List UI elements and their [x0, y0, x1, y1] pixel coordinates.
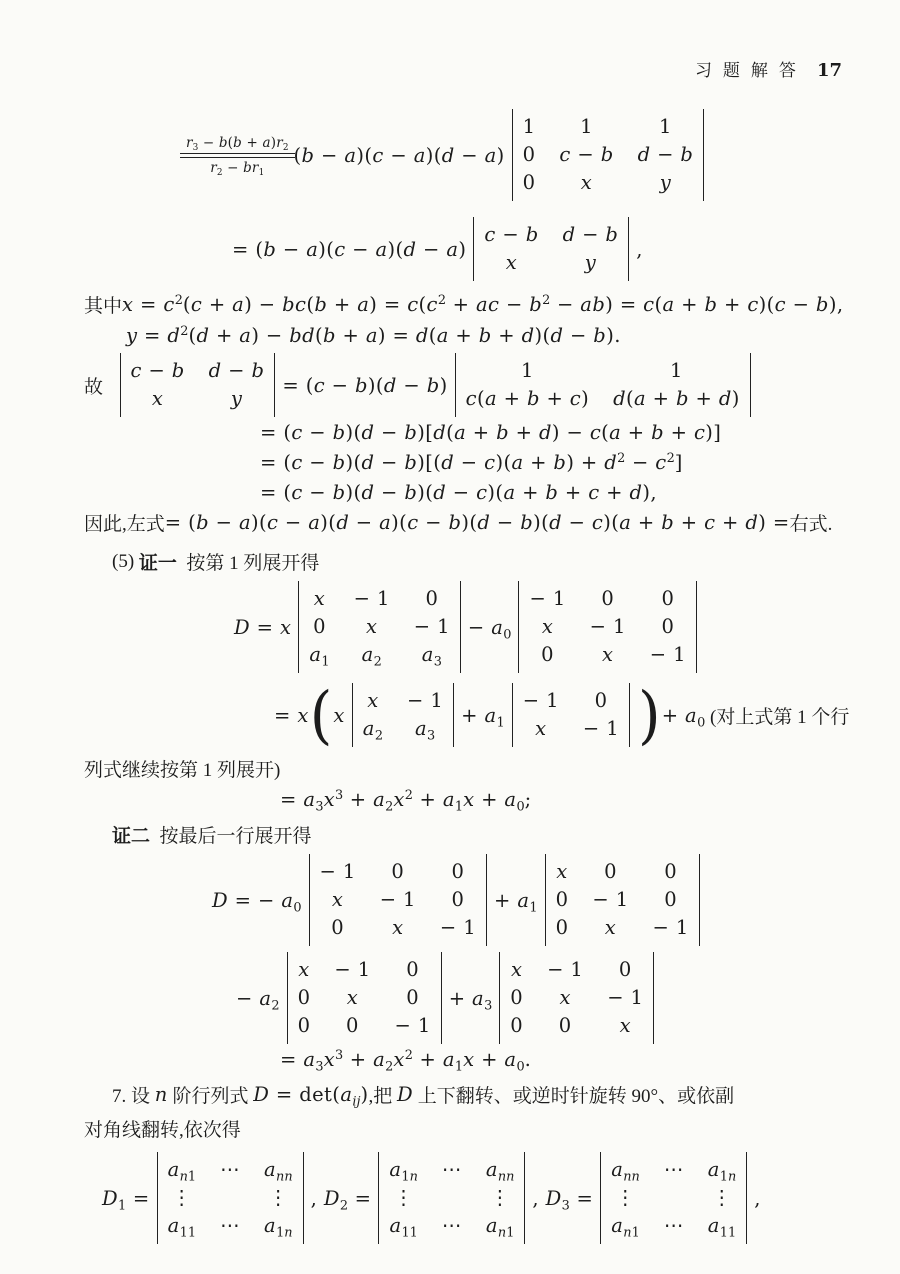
det-cell: 1: [521, 357, 534, 385]
det-cell: 0: [452, 858, 465, 886]
det-cell: − 1: [592, 886, 628, 914]
det-cell: c(a + b + c): [466, 385, 589, 413]
det-cell: a11: [708, 1212, 736, 1240]
math-run: + a0: [662, 704, 706, 727]
det-cell: x: [152, 385, 163, 413]
det-cell: 0: [556, 886, 569, 914]
det-cell: ⋮: [394, 1184, 414, 1212]
det-cell: − 1: [653, 914, 689, 942]
math-run: = (b − a)(c − a)(d − a)(c − b)(d − b)(d …: [165, 511, 790, 534]
det-cell: x: [298, 956, 309, 984]
bold-text-run: 证二: [112, 821, 150, 848]
document-body: r3 − b(b + a)r2r2 − br1(b − a)(c − a)(d …: [84, 107, 856, 1246]
det-cell: a1n: [264, 1212, 293, 1240]
formula-line-polynomial-2: = a3x3 + a2x2 + a1x + a0.: [280, 1048, 856, 1071]
det-cell: 0: [298, 1012, 311, 1040]
det-cell: d − b: [563, 221, 619, 249]
formula-line-polynomial-1: = a3x3 + a2x2 + a1x + a0;: [280, 788, 856, 811]
text-run: 按第 1 列展开得: [177, 548, 320, 575]
math-run: D = det(aij): [253, 1083, 368, 1106]
det-cell: 0: [661, 585, 674, 613]
annotated-equals: r3 − b(b + a)r2r2 − br1: [184, 135, 291, 176]
det-cell: 0: [619, 956, 632, 984]
formula-line-last-row-expansion-1: D = − a0− 100x− 100x− 1+ a1x000− 100x− 1: [212, 852, 856, 948]
math-run: ,: [754, 1187, 761, 1210]
math-run: + a3: [449, 987, 493, 1010]
det-cell: 0: [298, 984, 311, 1012]
det-cell: − 1: [395, 1012, 431, 1040]
det-cell: ann: [611, 1156, 640, 1184]
text-run: 按最后一行展开得: [150, 821, 312, 848]
formula-line-expand-2: = (c − b)(d − b)[(d − c)(a + b) + d2 − c…: [260, 451, 856, 474]
det-cell: a1: [309, 641, 329, 669]
double-equals-rule: [180, 153, 295, 158]
det-cell: − 1: [547, 956, 583, 984]
det-cell: x: [581, 169, 592, 197]
bold-text-run: 证一: [139, 548, 177, 575]
math-run: y = d2(d + a) − bd(b + a) = d(a + b + d)…: [126, 324, 621, 347]
math-run: , D3 =: [532, 1187, 593, 1210]
det-cell: ⋮: [172, 1184, 192, 1212]
det-cell: 0: [559, 1012, 572, 1040]
det-cell: x: [366, 613, 377, 641]
math-run: = a3x3 + a2x2 + a1x + a0.: [280, 1048, 531, 1071]
math-run: ,: [636, 238, 643, 261]
determinant: c − bd − bxy: [120, 353, 276, 417]
formula-line-D1-D2-D3: D1 =an1⋯ann⋮⋮a11⋯a1n, D2 =a1n⋯ann⋮⋮a11⋯a…: [102, 1150, 856, 1246]
determinant: 11c(a + b + c)d(a + b + d): [455, 353, 751, 417]
book-page: 习题解答 17 r3 − b(b + a)r2r2 − br1(b − a)(c…: [0, 0, 900, 1274]
det-cell: − 1: [529, 585, 565, 613]
formula-line-D-expansion-col1: D = xx− 100x− 1a1a2a3− a0− 100x− 100x− 1: [234, 579, 856, 675]
formula-line-nested-expansion: = x(xx− 1a2a3+ a1− 10x− 1)+ a0 (对上式第 1 个…: [274, 681, 856, 749]
proof-1-heading: (5) 证一 按第 1 列展开得: [112, 548, 856, 575]
formula-line-gu-det: 故 c − bd − bxy= (c − b)(d − b)11c(a + b …: [84, 351, 856, 419]
text-run: ,把: [368, 1081, 397, 1108]
det-cell: x: [556, 858, 567, 886]
text-run: 因此,左式: [84, 509, 165, 536]
det-cell: 1: [670, 357, 683, 385]
det-cell: 0: [523, 169, 536, 197]
text-line-continuation: 列式继续按第 1 列展开): [84, 755, 856, 782]
text-run: (对上式第 1 个行: [705, 702, 849, 729]
determinant: − 10x− 1: [512, 683, 630, 747]
det-cell: 1: [580, 113, 593, 141]
problem-7-text: 7. 设 n 阶行列式 D = det(aij),把 D 上下翻转、或逆时针旋转…: [112, 1081, 856, 1108]
det-cell: − 1: [523, 687, 559, 715]
det-cell: x: [602, 641, 613, 669]
det-cell: c − b: [484, 221, 538, 249]
formula-line-row-reduction: r3 − b(b + a)r2r2 − br1(b − a)(c − a)(d …: [184, 107, 856, 203]
det-cell: ⋯: [220, 1156, 240, 1184]
det-cell: c − b: [559, 141, 613, 169]
math-run: n: [155, 1083, 168, 1106]
math-run: x = c2(c + a) − bc(b + a) = c(c2 + ac − …: [122, 293, 843, 316]
det-cell: 0: [452, 886, 465, 914]
math-run: − a2: [236, 987, 280, 1010]
det-cell: d(a + b + d): [613, 385, 740, 413]
math-run: x: [333, 704, 344, 727]
math-run: = (c − b)(d − b)(d − c)(a + b + c + d),: [260, 481, 657, 504]
math-run: (b − a)(c − a)(d − a): [294, 144, 505, 167]
det-cell: x: [392, 914, 403, 942]
text-run: 故: [84, 372, 113, 399]
det-cell: y: [585, 249, 596, 277]
text-run: (5): [112, 551, 139, 573]
det-cell: 0: [595, 687, 608, 715]
page-number: 17: [817, 60, 842, 81]
det-cell: 0: [604, 858, 617, 886]
text-run: 列式继续按第 1 列展开): [84, 755, 280, 782]
det-cell: ⋯: [442, 1212, 462, 1240]
proof-2-heading: 证二 按最后一行展开得: [112, 821, 856, 848]
determinant: a1n⋯ann⋮⋮a11⋯an1: [378, 1152, 525, 1244]
det-cell: 0: [391, 858, 404, 886]
det-cell: − 1: [334, 956, 370, 984]
det-cell: a3: [415, 715, 435, 743]
text-run: 其中: [84, 291, 122, 318]
math-run: = a3x3 + a2x2 + a1x + a0;: [280, 788, 532, 811]
math-run: D1 =: [102, 1187, 150, 1210]
det-cell: d − b: [209, 357, 265, 385]
math-run: − a0: [468, 616, 512, 639]
text-run: 对角线翻转,依次得: [84, 1115, 241, 1142]
det-cell: ann: [486, 1156, 515, 1184]
det-cell: x: [620, 1012, 631, 1040]
determinant: x000− 100x− 1: [545, 854, 700, 946]
math-run: D = x: [234, 616, 291, 639]
determinant: x− 1a2a3: [352, 683, 454, 747]
det-cell: a2: [362, 641, 382, 669]
math-run: = (c − b)(d − b)[(d − c)(a + b) + d2 − c…: [260, 451, 683, 474]
math-run: D: [397, 1083, 413, 1106]
det-cell: 0: [661, 613, 674, 641]
det-cell: 0: [541, 641, 554, 669]
det-cell: a11: [389, 1212, 417, 1240]
det-cell: 1: [659, 113, 672, 141]
det-cell: x: [506, 249, 517, 277]
det-cell: − 1: [583, 715, 619, 743]
determinant: c − bd − bxy: [473, 217, 629, 281]
det-cell: an1: [486, 1212, 515, 1240]
det-cell: y: [231, 385, 242, 413]
det-cell: 1: [523, 113, 536, 141]
det-cell: ⋮: [268, 1184, 288, 1212]
row-op-bottom: r2 − br1: [210, 160, 264, 176]
det-cell: an1: [611, 1212, 640, 1240]
det-cell: a2: [363, 715, 383, 743]
det-cell: 0: [406, 984, 419, 1012]
det-cell: 0: [523, 141, 536, 169]
det-cell: c − b: [131, 357, 185, 385]
det-cell: − 1: [650, 641, 686, 669]
det-cell: y: [660, 169, 671, 197]
det-cell: a1n: [708, 1156, 737, 1184]
det-cell: ⋮: [712, 1184, 732, 1212]
text-run: 7. 设: [112, 1081, 155, 1108]
determinant: x− 100x− 100x: [499, 952, 654, 1044]
det-cell: ⋯: [664, 1156, 684, 1184]
page-header: 习题解答 17: [84, 56, 856, 81]
det-cell: d − b: [638, 141, 694, 169]
det-cell: 0: [664, 858, 677, 886]
det-cell: x: [511, 956, 522, 984]
formula-line-conclusion: 因此,左式= (b − a)(c − a)(d − a)(c − b)(d − …: [84, 509, 856, 536]
math-run: = (b − a)(c − a)(d − a): [232, 238, 466, 261]
det-cell: − 1: [407, 687, 443, 715]
det-cell: − 1: [440, 914, 476, 942]
math-run: + a1: [461, 704, 505, 727]
math-run: = (c − b)(d − b)[d(a + b + d) − c(a + b …: [260, 421, 721, 444]
det-cell: 0: [346, 1012, 359, 1040]
formula-line-last-row-expansion-2: − a2x− 100x000− 1+ a3x− 100x− 100x: [236, 950, 856, 1046]
math-run: D = − a0: [212, 889, 302, 912]
det-cell: a3: [422, 641, 442, 669]
det-cell: ⋮: [490, 1184, 510, 1212]
determinant: 1110c − bd − b0xy: [512, 109, 705, 201]
problem-7-text-cont: 对角线翻转,依次得: [84, 1115, 856, 1142]
det-cell: x: [605, 914, 616, 942]
det-cell: x: [332, 886, 343, 914]
text-run: 上下翻转、或逆时针旋转 90°、或依副: [413, 1081, 734, 1108]
det-cell: 0: [313, 613, 326, 641]
det-cell: x: [535, 715, 546, 743]
math-run: + a1: [494, 889, 538, 912]
det-cell: − 1: [320, 858, 356, 886]
det-cell: x: [559, 984, 570, 1012]
det-cell: a1n: [389, 1156, 418, 1184]
math-run: = (c − b)(d − b): [282, 374, 447, 397]
det-cell: 0: [331, 914, 344, 942]
det-cell: ⋯: [664, 1212, 684, 1240]
det-cell: − 1: [380, 886, 416, 914]
det-cell: − 1: [607, 984, 643, 1012]
determinant: x− 100x− 1a1a2a3: [298, 581, 461, 673]
det-cell: ⋮: [616, 1184, 636, 1212]
det-cell: ⋯: [220, 1212, 240, 1240]
det-cell: 0: [425, 585, 438, 613]
det-cell: a11: [168, 1212, 196, 1240]
det-cell: 0: [510, 1012, 523, 1040]
det-cell: 0: [406, 956, 419, 984]
formula-line-expand-1: = (c − b)(d − b)[d(a + b + d) − c(a + b …: [260, 421, 856, 444]
formula-line-x-definition: 其中x = c2(c + a) − bc(b + a) = c(c2 + ac …: [84, 291, 856, 318]
det-cell: ann: [264, 1156, 293, 1184]
formula-line-y-definition: y = d2(d + a) − bd(b + a) = d(a + b + d)…: [126, 324, 856, 347]
det-cell: x: [367, 687, 378, 715]
text-run: 右式.: [790, 509, 833, 536]
math-run: , D2 =: [311, 1187, 372, 1210]
determinant: x− 100x000− 1: [287, 952, 442, 1044]
det-cell: − 1: [414, 613, 450, 641]
det-cell: 0: [510, 984, 523, 1012]
formula-line-reduced-det: = (b − a)(c − a)(d − a)c − bd − bxy,: [232, 215, 856, 283]
determinant: ann⋯a1n⋮⋮an1⋯a11: [600, 1152, 747, 1244]
formula-line-expand-3: = (c − b)(d − b)(d − c)(a + b + c + d),: [260, 481, 856, 504]
det-cell: x: [314, 585, 325, 613]
det-cell: 0: [601, 585, 614, 613]
determinant: − 100x− 100x− 1: [309, 854, 487, 946]
determinant: an1⋯ann⋮⋮a11⋯a1n: [157, 1152, 304, 1244]
det-cell: 0: [556, 914, 569, 942]
det-cell: ⋯: [442, 1156, 462, 1184]
row-op-top: r3 − b(b + a)r2: [186, 135, 289, 151]
det-cell: x: [347, 984, 358, 1012]
det-cell: 0: [664, 886, 677, 914]
determinant: − 100x− 100x− 1: [518, 581, 696, 673]
det-cell: x: [542, 613, 553, 641]
det-cell: − 1: [590, 613, 626, 641]
det-cell: an1: [168, 1156, 197, 1184]
text-run: 阶行列式: [168, 1081, 254, 1108]
math-run: = x: [274, 704, 309, 727]
det-cell: − 1: [354, 585, 390, 613]
running-head: 习题解答: [695, 56, 807, 81]
